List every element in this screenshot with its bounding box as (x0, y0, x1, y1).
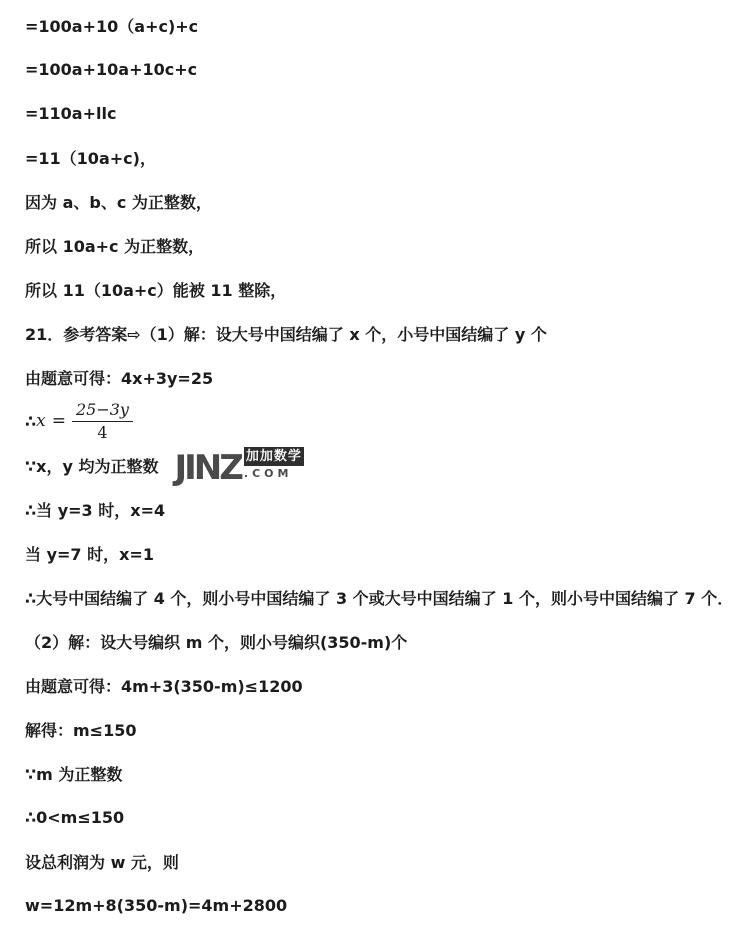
solution-line-text: 所以 10a+c 为正整数， (25, 234, 204, 257)
watermark-right-column: 加加数学 .COM (244, 447, 304, 480)
watermark-domain-text: .COM (244, 467, 293, 480)
question-21-answer-header: 21．参考答案⇨（1）解：设大号中国结编了 x 个，小号中国结编了 y 个 (25, 311, 749, 355)
fraction-equation-line: ∴x=25−3y4 (25, 399, 749, 443)
solution-line-text: 由题意可得：4x+3y=25 (25, 366, 213, 389)
therefore-symbol: ∴ (25, 412, 36, 431)
solution-line-text: =110a+llc (25, 104, 116, 123)
fraction-denominator: 4 (97, 422, 107, 442)
watermark-jinz-text: JINZ (174, 453, 240, 483)
watermark-chinese-box: 加加数学 (244, 447, 304, 466)
solution-line: 所以 11（10a+c）能被 11 整除， (25, 267, 749, 311)
solution-line: 当 y=7 时，x=1 (25, 531, 749, 575)
equals-sign: = (52, 411, 66, 431)
solution-line: =110a+llc (25, 91, 749, 135)
solution-line-text: w=12m+8(350-m)=4m+2800 (25, 896, 287, 915)
solution-line: =100a+10a+10c+c (25, 47, 749, 91)
solution-line: 由题意可得：4m+3(350-m)≤1200 (25, 663, 749, 707)
solution-line-text: 当 y=7 时，x=1 (25, 542, 154, 565)
answer-document-page: =100a+10（a+c)+c =100a+10a+10c+c =110a+ll… (0, 0, 749, 928)
solution-line-text: 因为 a、b、c 为正整数， (25, 190, 212, 213)
solution-line-text: ∵x，y 均为正整数 (25, 454, 158, 477)
solution-line-with-watermark: ∵x，y 均为正整数 JINZ 加加数学 .COM (25, 443, 749, 487)
solution-line-text: 21．参考答案⇨（1）解：设大号中国结编了 x 个，小号中国结编了 y 个 (25, 322, 547, 345)
solution-line: =100a+10（a+c)+c (25, 3, 749, 47)
part-2-header-line: （2）解：设大号编织 m 个，则小号编织(350-m)个 (25, 619, 749, 663)
watermark-logo: JINZ 加加数学 .COM (174, 447, 303, 483)
solution-line: 由题意可得：4x+3y=25 (25, 355, 749, 399)
solution-line-text: =11（10a+c)， (25, 146, 156, 169)
solution-line-text: ∴0<m≤150 (25, 808, 124, 827)
fraction: 25−3y4 (72, 400, 133, 441)
solution-line: ∴当 y=3 时，x=4 (25, 487, 749, 531)
solution-line-text: 设总利润为 w 元，则 (25, 850, 179, 873)
solution-line-text: ∴当 y=3 时，x=4 (25, 498, 165, 521)
solution-line-text: 解得：m≤150 (25, 718, 136, 741)
solution-line-text: 所以 11（10a+c）能被 11 整除， (25, 278, 286, 301)
solution-line-text: ∵m 为正整数 (25, 762, 122, 785)
solution-conclusion-line: ∴大号中国结编了 4 个，则小号中国结编了 3 个或大号中国结编了 1 个，则小… (25, 575, 749, 619)
solution-line-text: ∴大号中国结编了 4 个，则小号中国结编了 3 个或大号中国结编了 1 个，则小… (25, 586, 733, 609)
fraction-numerator: 25−3y (72, 400, 133, 421)
solution-line: 设总利润为 w 元，则 (25, 839, 749, 883)
solution-line: =11（10a+c)， (25, 135, 749, 179)
solution-line: 因为 a、b、c 为正整数， (25, 179, 749, 223)
solution-line: 解得：m≤150 (25, 707, 749, 751)
solution-line: ∵m 为正整数 (25, 751, 749, 795)
fraction-lhs-variable: x (36, 411, 46, 431)
solution-line-text: 由题意可得：4m+3(350-m)≤1200 (25, 674, 303, 697)
solution-line: ∴0<m≤150 (25, 795, 749, 839)
solution-line-text: =100a+10a+10c+c (25, 60, 197, 79)
solution-line-text: （2）解：设大号编织 m 个，则小号编织(350-m)个 (25, 630, 407, 653)
solution-line-text: =100a+10（a+c)+c (25, 14, 198, 37)
solution-line: w=12m+8(350-m)=4m+2800 (25, 883, 749, 927)
solution-line: 所以 10a+c 为正整数， (25, 223, 749, 267)
